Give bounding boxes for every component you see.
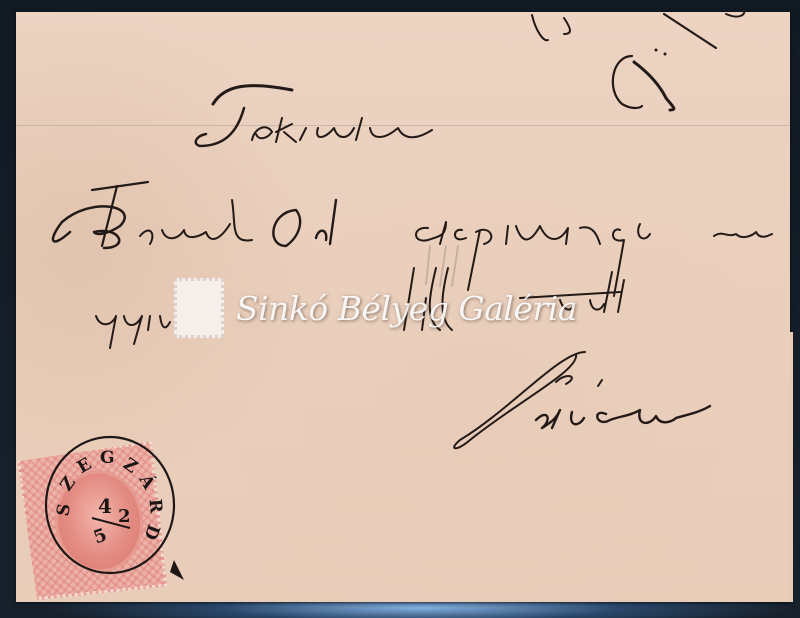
watermark-stamp-icon — [174, 278, 224, 338]
watermark-text: Sinkó Bélyeg Galéria — [236, 289, 577, 328]
gallery-watermark: Sinkó Bélyeg Galéria — [174, 276, 577, 340]
